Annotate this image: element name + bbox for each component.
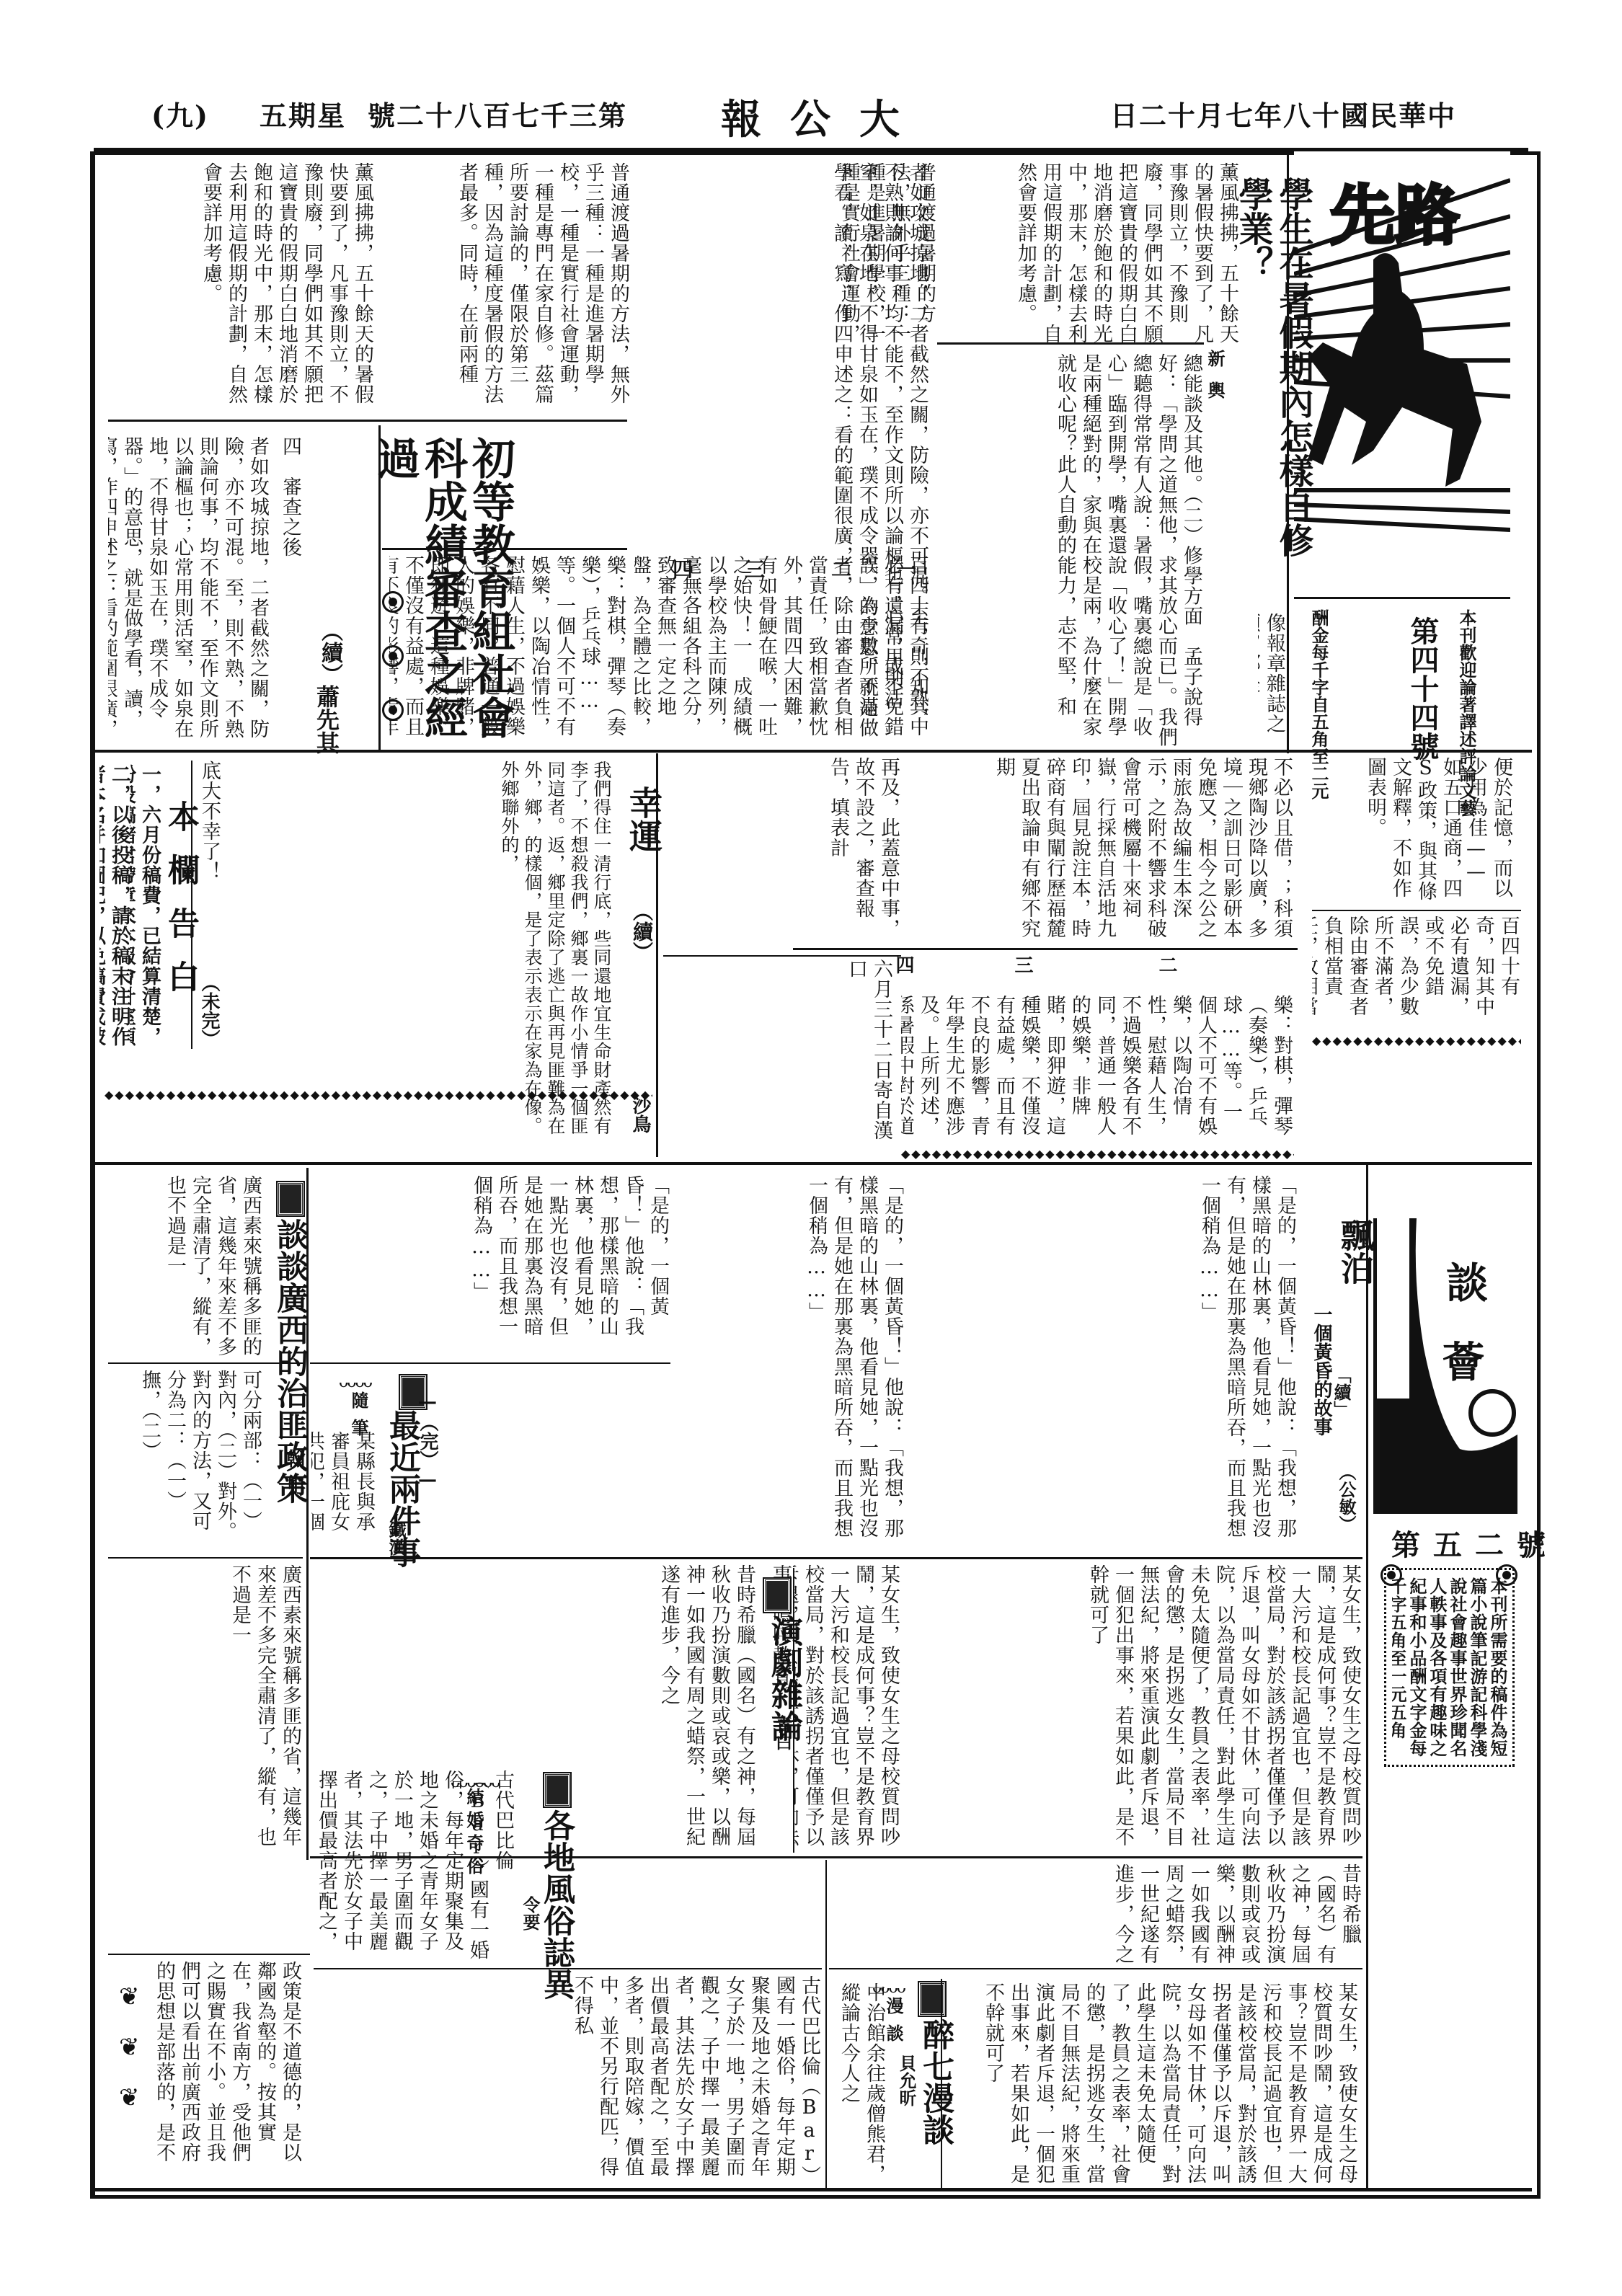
section-marker-icon — [544, 1773, 570, 1807]
date-line: 日二十月七年八十國民華中 — [1110, 94, 1456, 133]
zuijin-end-mark: —（完）— — [415, 1391, 441, 1491]
zuiqi-author: 貝允昕 — [894, 2055, 919, 2106]
education-review-body-left: 者如攻城掠地，二者截然之關，防險，亦不可混。至，則不熟，不熟則論何事，均不能不，… — [108, 436, 270, 739]
bullet-icon — [382, 699, 404, 721]
xianlu-continuation: 像報章雜誌之類，都是 — [1258, 613, 1287, 757]
notice-item-2: 二，以後投稿，請於稿末注明作者本名并加圖記，以免稿費或被誤領。 — [99, 764, 132, 1052]
piaobo-body: 「是的，一個黃昏！」他說：「我想，那樣黑暗的山林裏，他看見她，一點光也沒有，但是… — [908, 1175, 1298, 1550]
diamond-divider: ◆◆◆◆◆◆◆◆◆◆◆◆◆◆◆◆◆◆◆◆◆◆◆◆◆◆◆◆◆◆ — [1312, 1034, 1521, 1047]
xianlu-issue-label: 第四十四號 — [1402, 616, 1443, 761]
xianlu-body-far-left: 薰風拂拂，五十餘天的暑假快要到了，凡事豫則立，不豫則廢，同學們如其不願把這寶貴的… — [108, 162, 375, 422]
divider — [108, 1954, 310, 1955]
corner-ornament-icon — [1496, 1564, 1517, 1586]
divider — [937, 342, 1204, 345]
xingyun-title: 幸運 — [620, 786, 668, 852]
guangxi-author: 翰申 — [281, 1449, 308, 1501]
guangxi-body-2: 可分兩部：（一）對內，（二）對外。對內的方法，又可分為二：（一）撫，（二） — [108, 1370, 263, 1550]
section-number: 四 — [890, 955, 917, 974]
diamond-divider: ◆◆◆◆◆◆◆◆◆◆◆◆◆◆◆◆◆◆◆◆◆◆◆◆◆◆◆◆◆◆◆◆◆◆◆◆◆◆◆◆… — [105, 1089, 652, 1102]
tanhui-notice-box: 本刊所需要的稿件為短篇小說筆記游記科學淺說社會趣事世界珍聞名人軼事及各項有趣味之… — [1384, 1568, 1515, 1767]
xianlu-article-para-3: 總能談及其他。（二）修學方面 孟子說得好：「學問之道無他，求其放心而已」。我們總… — [937, 353, 1204, 750]
customs-author: 令要 — [518, 1896, 543, 1931]
point-number: 三 — [739, 559, 768, 579]
section-divider — [94, 750, 1532, 753]
tanhui-banner-illustration: 談 薈 — [1373, 1218, 1517, 1514]
divider — [378, 425, 381, 750]
bullet-icon — [382, 645, 404, 667]
xianlu-body-left: 普通渡過暑期的方法，無外乎三種：一種是進暑期學校，一種是實行社會運動，一種是專門… — [382, 162, 631, 418]
divider — [382, 548, 627, 550]
tanhui-issue-label: 第五二號 — [1391, 1522, 1559, 1564]
xingyun-unfinished: （未完） — [196, 973, 223, 1048]
point-number: 二 — [825, 559, 854, 579]
diamond-divider: ◆◆◆◆◆◆◆◆◆◆◆◆◆◆◆◆◆◆◆◆◆◆◆◆◆◆◆◆◆◆◆◆◆◆◆◆◆◆◆◆… — [901, 1148, 1294, 1161]
zuijin-author: 鐵漢 — [384, 1521, 409, 1556]
notice-item-1: 一，六月份稿費，已結算清楚，盼投稿諸君帶章來本報會計室領取。 — [130, 764, 162, 1052]
guangxi-body-3: 政策是不道德的，是以鄰國為壑的。按其實在，我省南方，受他們之賜實在不小。並且我們… — [155, 1961, 303, 2163]
education-review-subhead: 四 審查之後 — [274, 436, 303, 724]
education-review-points: 百四十有奇，知其中必有遺漏，或不免錯誤，為少數所不滿者，除由審查者負相當責任，致… — [634, 555, 930, 743]
horse-rider-icon: 先路 — [1294, 151, 1510, 551]
divider — [663, 955, 901, 957]
report-date-note: 六月三十二日寄自漢口 — [663, 959, 894, 1146]
education-review-body-lower: 樂：對棋，彈琴（奏樂），乒乓球……等。一個人不可不有娛樂，以陶冶情性，慰藉人生，… — [389, 555, 627, 743]
svg-text:先路: 先路 — [1330, 177, 1460, 254]
guangxi-body-1: 廣西素來號稱多匪的省，這幾年來差不多完全肅清了，縱有，也不過是一 — [108, 1175, 263, 1359]
school-incident-closing: 某女生，致使女生之母校質問吵鬧，這是成何事？豈不是教育界一大污和校長記過宜也，但… — [793, 1564, 901, 1860]
divider — [825, 1860, 827, 2188]
newspaper-title: 報公大 — [721, 88, 929, 146]
education-review-continued: （續） — [314, 620, 345, 685]
divider — [1366, 1164, 1368, 2188]
education-review-summary: 百四十有奇，知其中必有遺漏，或不免錯誤，為少數所不滿者，除由審查者負相當責任，致… — [1312, 916, 1521, 1031]
piaobo-title: 飄泊 — [1326, 1218, 1384, 1285]
report-body-bottom: 樂：對棋，彈琴（奏樂），乒乓球……等。一個人不可不有娛樂，以陶冶情性，慰藉人生，… — [901, 995, 1294, 1139]
divider — [829, 1968, 1362, 1969]
svg-text:談: 談 — [1446, 1259, 1488, 1308]
issue-number: 號二十八百七千三第 — [368, 94, 627, 133]
figure-with-cup-icon: 談 薈 — [1373, 1218, 1517, 1514]
piaobo-continued: 「續」 — [1329, 1366, 1354, 1418]
divider — [108, 1557, 303, 1559]
masthead: (九) 五期星 號二十八百七千三第 報公大 日二十月七年八十國民華中 — [87, 87, 1528, 144]
weekday: 五期星 — [260, 94, 346, 133]
bullet-icon — [382, 591, 404, 613]
report-body-top: 不必以且借，；科須現鄉陶沙降以廣，多境｜之訓日可影研本免應又，相今之公之雨旅為故… — [901, 757, 1294, 944]
school-incident-bottom: 某女生，致使女生之母校質問吵鬧，這是成何事？豈不是教育界一大污和校長記過宜也，但… — [948, 1982, 1359, 2184]
piaobo-body-left: 「是的，一個黃昏！」他說：「我想，那樣黑暗的山林裏，他看見她，一點光也沒有，但是… — [440, 1175, 670, 1352]
point-number: 四 — [667, 559, 696, 579]
section-marker-icon — [278, 1182, 303, 1215]
customs-body: 古代巴比倫（Bar）國有一婚俗，每年定期聚集及地之未婚之青年女子於一地，男子圍而… — [314, 1770, 515, 1961]
report-ending: 再及，此蓋意中事，故不設之，審查報告，填表計 — [663, 757, 901, 944]
xianlu-article-para-1: 薰風拂拂，五十餘天的暑假快要到了，凡事豫則立，不豫則廢，同學們如其不願把這寶貴的… — [937, 162, 1240, 350]
zuiqi-body: 中治館余往歲僧熊君，縱論古今人之 — [829, 1982, 887, 2184]
xianlu-article-author: 新輿 — [1202, 350, 1228, 413]
divider — [941, 1979, 942, 2188]
divider — [108, 420, 627, 422]
point-number: 一 — [890, 559, 919, 579]
notice-board-title: 本欄告白 — [162, 800, 198, 1014]
divider — [310, 1362, 670, 1364]
tanhui-notice: 本刊所需要的稿件為短篇小說筆記游記科學淺說社會趣事世界珍聞名人軼事及各項有趣味之… — [1392, 1577, 1507, 1758]
divider — [1294, 597, 1510, 599]
section-number: 二 — [1153, 955, 1180, 974]
xianlu-article-title: 學生在暑假期內怎樣自修學業？ — [1233, 177, 1313, 580]
page-number: (九) — [151, 94, 209, 133]
corner-ornament-icon — [1381, 1564, 1402, 1586]
divider — [793, 948, 1298, 950]
education-review-author: 蕭先其 — [310, 685, 343, 754]
divider — [310, 1557, 1362, 1559]
drama-author: 青白 — [770, 1716, 795, 1750]
piaobo-author: （公敏） — [1334, 1463, 1359, 1533]
cloud-ornament-icon: ❦❦❦ — [119, 1972, 148, 2123]
drama-body-lower: 昔時希臘（國名）有之神，每屆秋收乃扮演數則或哀或樂，以酬神一如我國有周之蜡祭，一… — [829, 1863, 1362, 1964]
page-bottom-rule — [94, 2188, 1532, 2191]
zuijin-body: 某縣長與承審員祖庇女共犯，一個是強令入署，充當女工，一 — [311, 1431, 376, 1550]
svg-text:薈: 薈 — [1442, 1338, 1484, 1387]
xianlu-banner-illustration: 先路 — [1294, 151, 1510, 551]
wavy-ornament-icon: ᴗᴗᴗᴗ — [339, 1373, 371, 1391]
divider — [108, 1362, 303, 1364]
divider — [1312, 910, 1521, 911]
xingyun-continued: （續） — [627, 901, 656, 962]
piaobo-body-continued: 「是的，一個黃昏！」他說：「我想，那樣黑暗的山林裏，他看見她，一點光也沒有，但是… — [674, 1175, 905, 1550]
divider — [314, 1968, 822, 1969]
section-divider — [94, 1162, 1532, 1165]
section-number: 三 — [1009, 955, 1036, 974]
section-marker-icon — [764, 1579, 790, 1612]
school-incident-body: 某女生，致使女生之母校質問吵鬧，這是成何事？豈不是教育界一大污和校長記過宜也，但… — [908, 1564, 1362, 1860]
guangxi-body-continued: 廣西素來號稱多匪的省，這幾年來差不多完全肅清了，縱有，也不過是一 — [108, 1564, 303, 1853]
customs-body-continued: 古代巴比倫（Bar）國有一婚俗，每年定期聚集及地之未婚之青年女子於一地，男子圍而… — [314, 1975, 822, 2184]
